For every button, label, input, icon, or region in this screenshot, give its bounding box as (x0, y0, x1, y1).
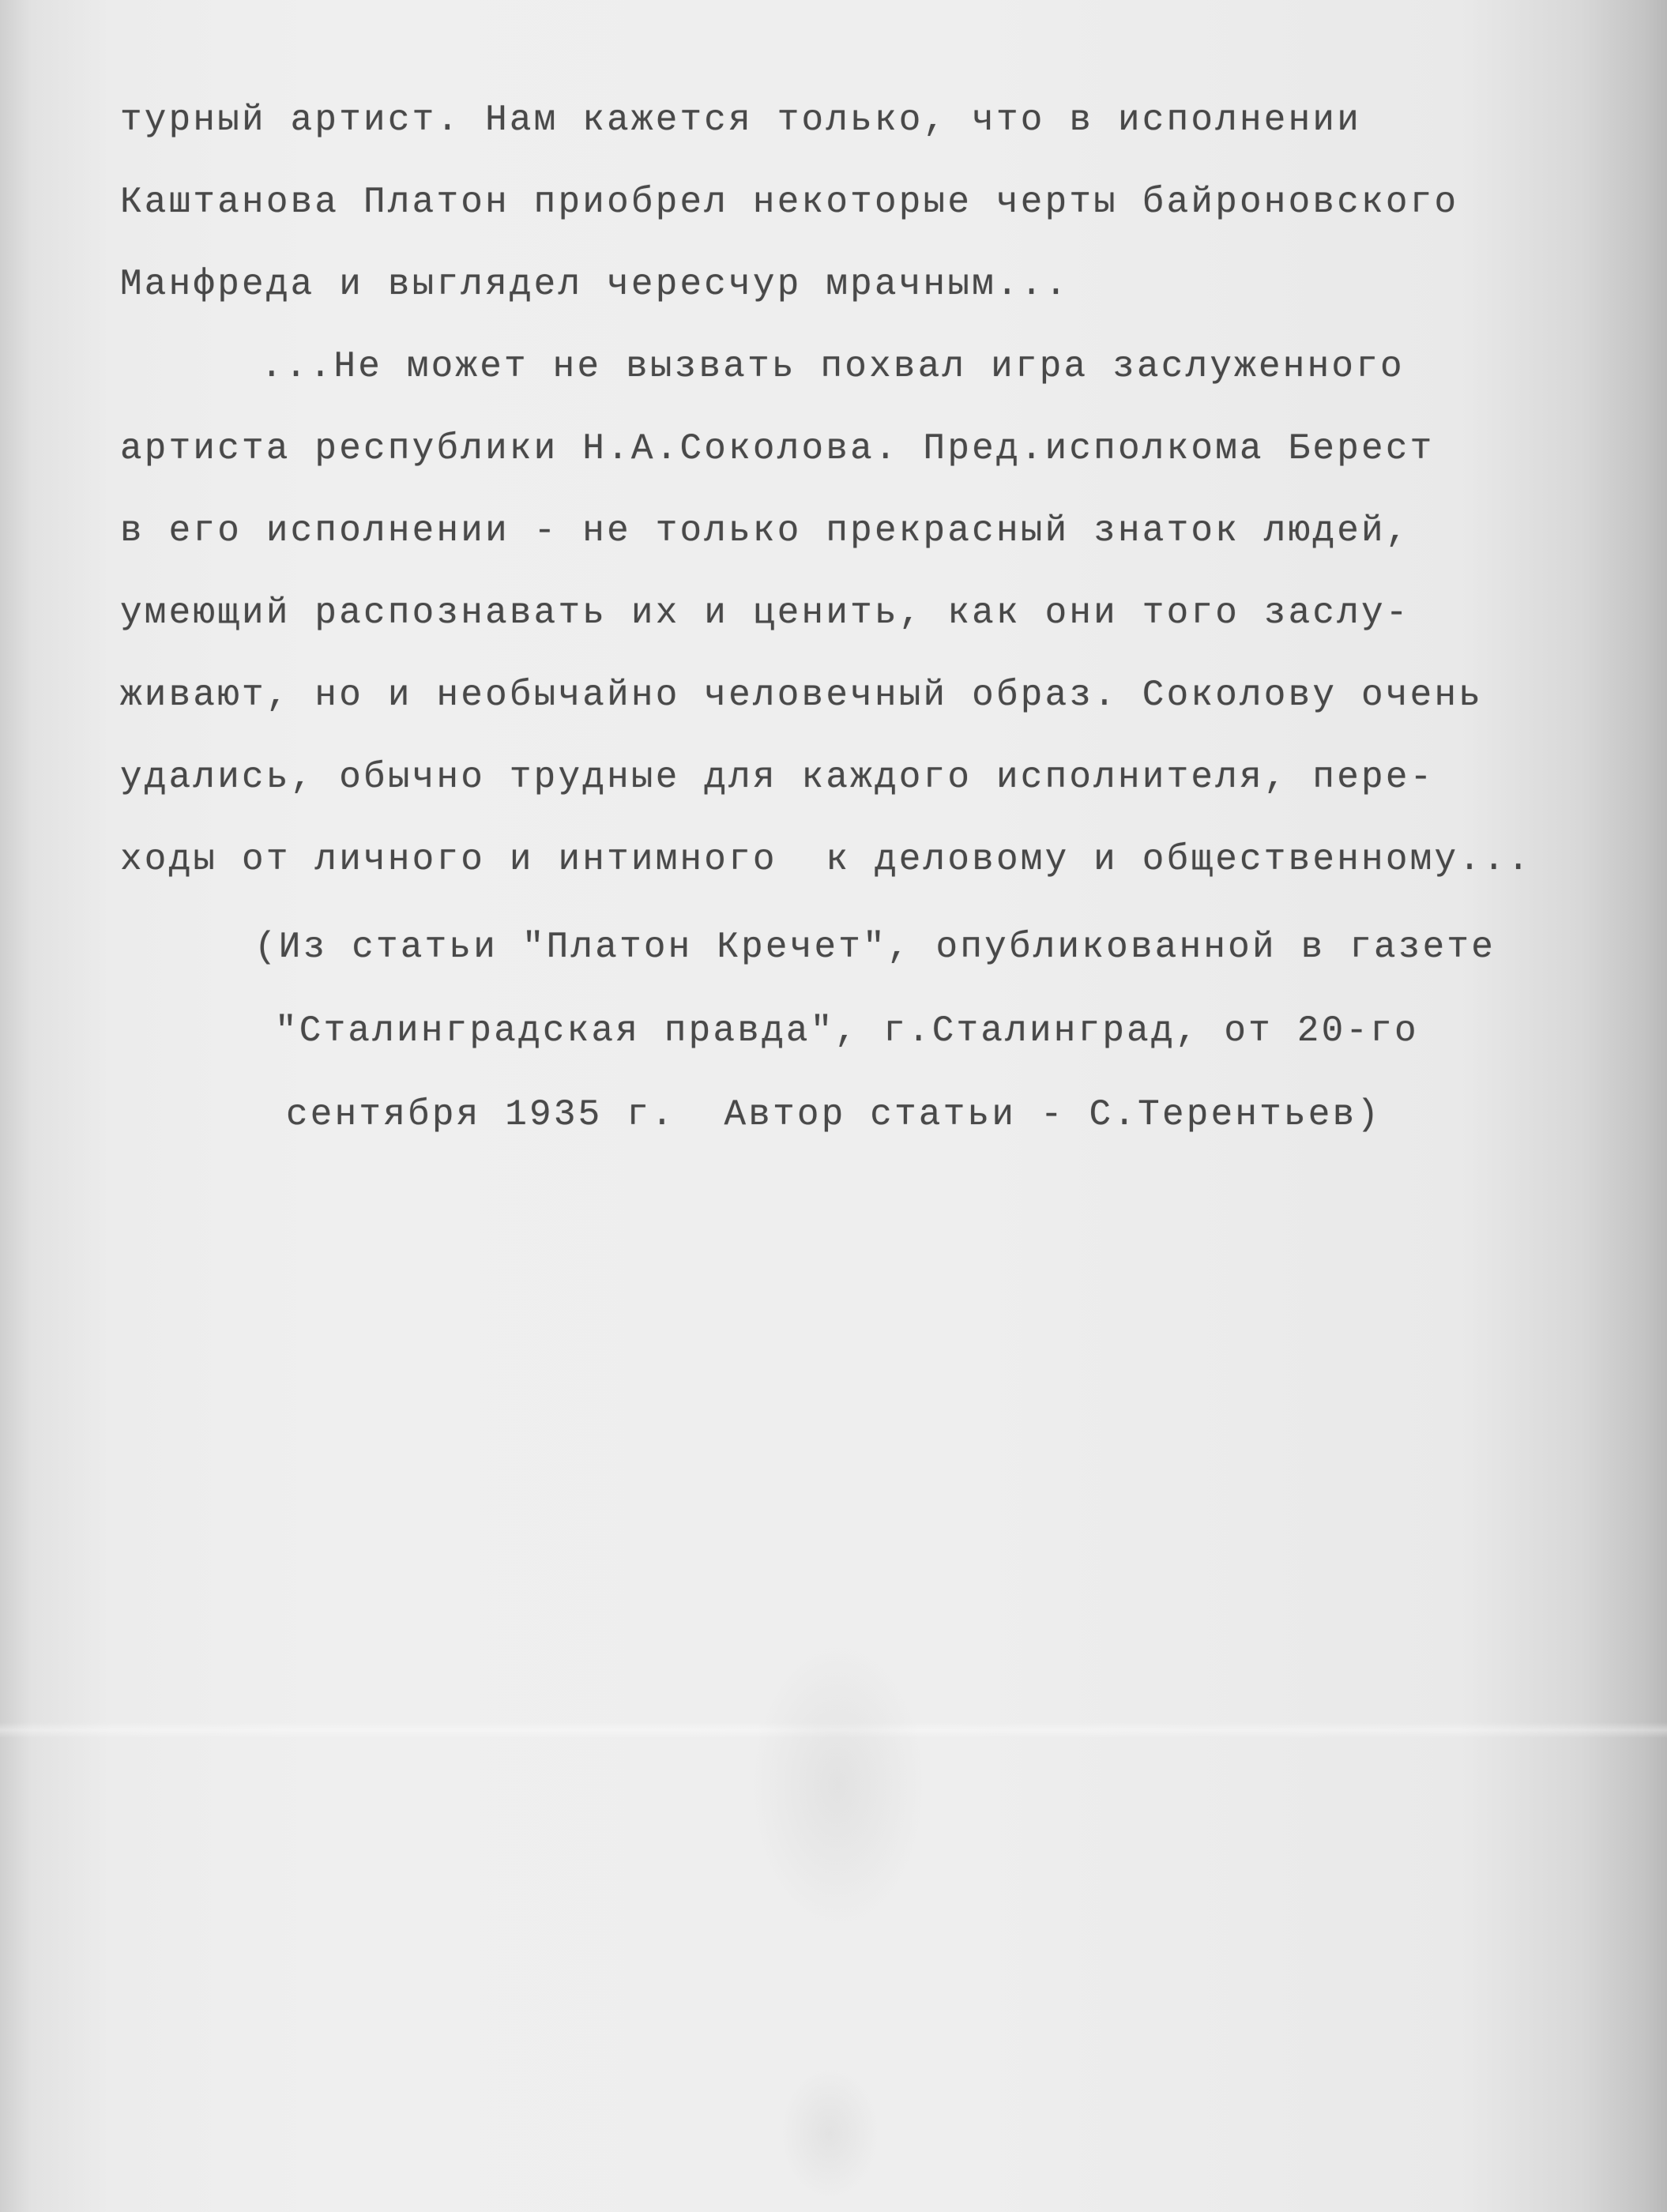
typewritten-page: турный артист. Нам кажется только, что в… (0, 0, 1667, 2212)
text-line: удались, обычно трудные для каждого испо… (120, 736, 1645, 818)
text-line: в его исполнении - не только прекрасный … (120, 490, 1645, 572)
article-excerpt: турный артист. Нам кажется только, что в… (120, 79, 1645, 901)
text-line: Манфреда и выглядел чересчур мрачным... (120, 243, 1645, 325)
citation-line: (Из статьи "Платон Кречет", опубликованн… (254, 905, 1645, 989)
source-citation: (Из статьи "Платон Кречет", опубликованн… (254, 905, 1645, 1157)
text-line: артиста республики Н.А.Соколова. Пред.ис… (120, 408, 1645, 490)
text-line: турный артист. Нам кажется только, что в… (120, 79, 1645, 161)
paragraph-start-line: ...Не может не вызвать похвал игра заслу… (120, 325, 1645, 408)
text-line: живают, но и необычайно человечный образ… (120, 654, 1645, 736)
citation-line: "Сталинградская правда", г.Сталинград, о… (254, 989, 1645, 1073)
text-line: ходы от личного и интимного к деловому и… (120, 818, 1645, 901)
citation-line: сентября 1935 г. Автор статьи - С.Терент… (254, 1073, 1645, 1157)
text-line: умеющий распознавать их и ценить, как он… (120, 572, 1645, 654)
text-line: Каштанова Платон приобрел некоторые черт… (120, 161, 1645, 243)
